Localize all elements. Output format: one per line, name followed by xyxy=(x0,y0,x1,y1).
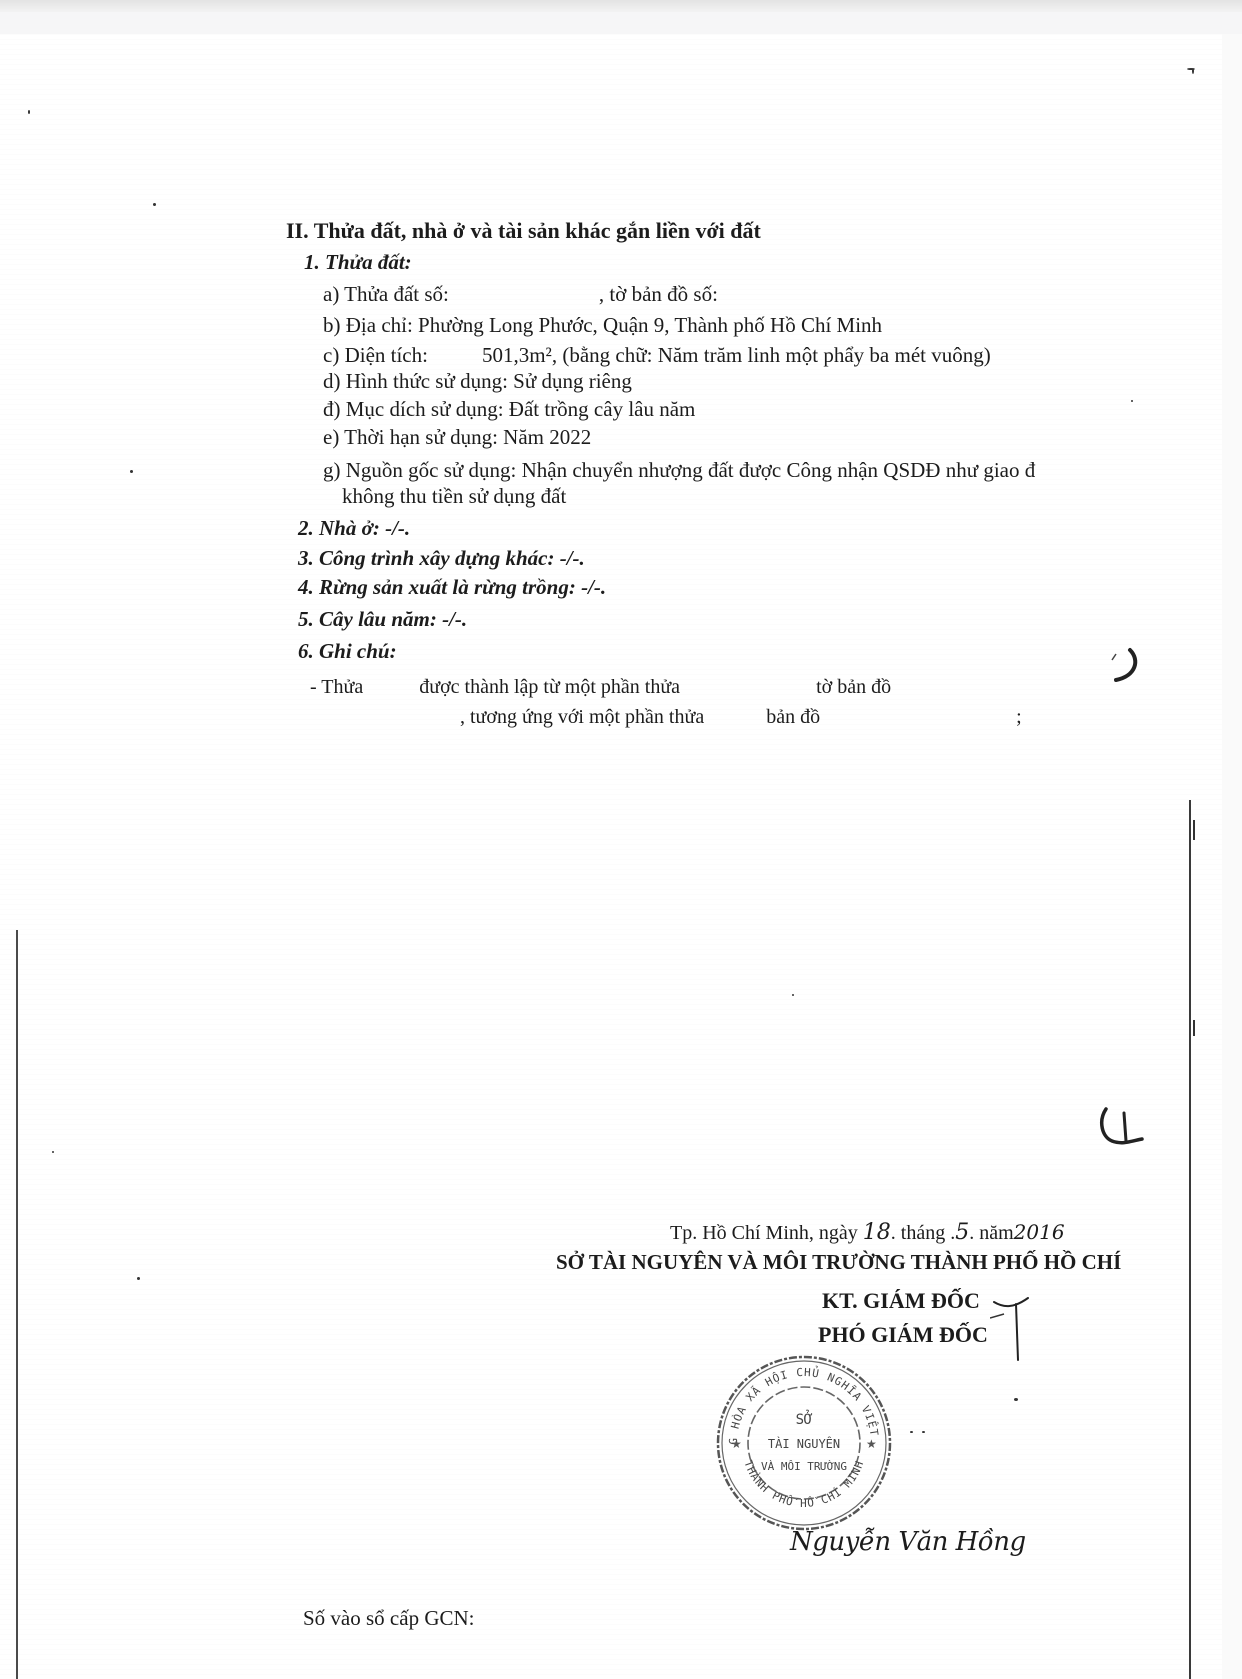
note-semicolon: ; xyxy=(1016,706,1022,728)
stamp-star-icon: ★ xyxy=(731,1437,742,1451)
scan-speck xyxy=(1014,1398,1018,1401)
usage-form-line: d) Hình thức sử dụng: Sử dụng riêng xyxy=(323,369,632,394)
area-value: 501,3m², (bằng chữ: Năm trăm linh một ph… xyxy=(482,343,991,367)
parcel-heading: 1. Thửa đất: xyxy=(304,250,412,275)
handwritten-mark xyxy=(1098,1103,1148,1149)
stamp-outer-top-text: CỘNG HÒA XÃ HỘI CHỦ NGHĨA VIỆT NAM xyxy=(713,1352,881,1445)
day-value: 18 xyxy=(863,1220,891,1245)
scan-speck xyxy=(137,1277,140,1280)
note-parcel-label: - Thửa xyxy=(310,676,363,698)
parcel-number-line: a) Thửa đất số:, tờ bản đồ số: xyxy=(323,282,718,307)
usage-purpose-line: đ) Mục dích sử dụng: Đất trồng cây lâu n… xyxy=(323,397,695,422)
scan-speck xyxy=(792,994,794,996)
note-derived-text: được thành lập từ một phần thửa xyxy=(419,676,680,698)
note-line-1: - Thửađược thành lập từ một phần thửatờ … xyxy=(310,676,891,699)
scan-speck xyxy=(910,1431,913,1433)
note-line-2: , tương ứng với một phần thửabản đồ; xyxy=(460,706,1022,729)
note-map-label-2: bản đồ xyxy=(766,706,820,728)
scan-speck xyxy=(28,110,30,114)
scan-speck xyxy=(153,203,156,206)
year-value: 2016 xyxy=(1014,1220,1065,1244)
scan-speck xyxy=(1131,400,1133,402)
usage-origin-line: g) Nguồn gốc sử dụng: Nhận chuyển nhượng… xyxy=(323,458,1035,483)
scan-edge-line xyxy=(16,930,18,1679)
month-value: 5 xyxy=(955,1220,969,1245)
stamp-inner-line-2: TÀI NGUYÊN xyxy=(768,1436,840,1451)
note-corresponding-text: , tương ứng với một phần thửa xyxy=(460,706,704,728)
place-date-line: Tp. Hồ Chí Minh, ngày 18. tháng .5. năm2… xyxy=(670,1220,1065,1245)
parcel-number-label: a) Thửa đất số: xyxy=(323,282,449,306)
stamp-inner-line-1: SỞ xyxy=(796,1409,813,1428)
house-item: 2. Nhà ở: -/-. xyxy=(298,516,410,541)
notes-heading: 6. Ghi chú: xyxy=(298,639,397,664)
scan-edge-line xyxy=(1189,800,1191,1679)
certificate-registry-label: Số vào sổ cấp GCN: xyxy=(303,1606,475,1631)
usage-term-line: e) Thời hạn sử dụng: Năm 2022 xyxy=(323,425,591,450)
scan-speck xyxy=(1193,1020,1195,1036)
handwritten-mark xyxy=(1106,646,1146,686)
note-map-label: tờ bản đồ xyxy=(816,676,891,698)
other-works-item: 3. Công trình xây dựng khác: -/-. xyxy=(298,546,585,571)
map-sheet-label: , tờ bản đồ số: xyxy=(599,282,718,306)
place-date-prefix: Tp. Hồ Chí Minh, ngày xyxy=(670,1222,858,1244)
official-stamp: CỘNG HÒA XÃ HỘI CHỦ NGHĨA VIỆT NAM THÀNH… xyxy=(713,1352,895,1534)
scan-speck xyxy=(1192,68,1194,74)
forest-item: 4. Rừng sản xuất là rừng trồng: -/-. xyxy=(298,575,606,600)
signature-flourish xyxy=(990,1290,1050,1364)
scan-top-strip xyxy=(0,0,1242,12)
document-page xyxy=(0,34,1222,1679)
scan-speck xyxy=(52,1151,54,1153)
year-label: năm xyxy=(979,1222,1013,1244)
page-right-gutter xyxy=(1222,34,1242,1679)
organization-name: SỞ TÀI NGUYÊN VÀ MÔI TRƯỜNG THÀNH PHỐ HỒ… xyxy=(556,1250,1121,1275)
address-line: b) Địa chỉ: Phường Long Phước, Quận 9, T… xyxy=(323,313,882,338)
section-heading: II. Thửa đất, nhà ở và tài sản khác gắn … xyxy=(286,218,761,244)
area-line: c) Diện tích:501,3m², (bằng chữ: Năm tră… xyxy=(323,343,991,368)
scan-speck xyxy=(1193,820,1195,840)
scan-speck xyxy=(130,470,133,473)
signer-name: Nguyễn Văn Hồng xyxy=(790,1527,1026,1557)
area-label: c) Diện tích: xyxy=(323,343,428,367)
scan-top-band xyxy=(0,12,1242,34)
position-title: PHÓ GIÁM ĐỐC xyxy=(818,1322,988,1348)
scan-speck xyxy=(922,1431,925,1433)
month-label: tháng xyxy=(901,1222,945,1244)
usage-origin-line-2: không thu tiền sử dụng đất xyxy=(342,484,566,509)
stamp-star-icon: ★ xyxy=(866,1437,877,1451)
on-behalf-title: KT. GIÁM ĐỐC xyxy=(822,1288,980,1314)
perennial-item: 5. Cây lâu năm: -/-. xyxy=(298,607,467,632)
stamp-inner-line-3: VÀ MÔI TRƯỜNG xyxy=(761,1460,847,1473)
